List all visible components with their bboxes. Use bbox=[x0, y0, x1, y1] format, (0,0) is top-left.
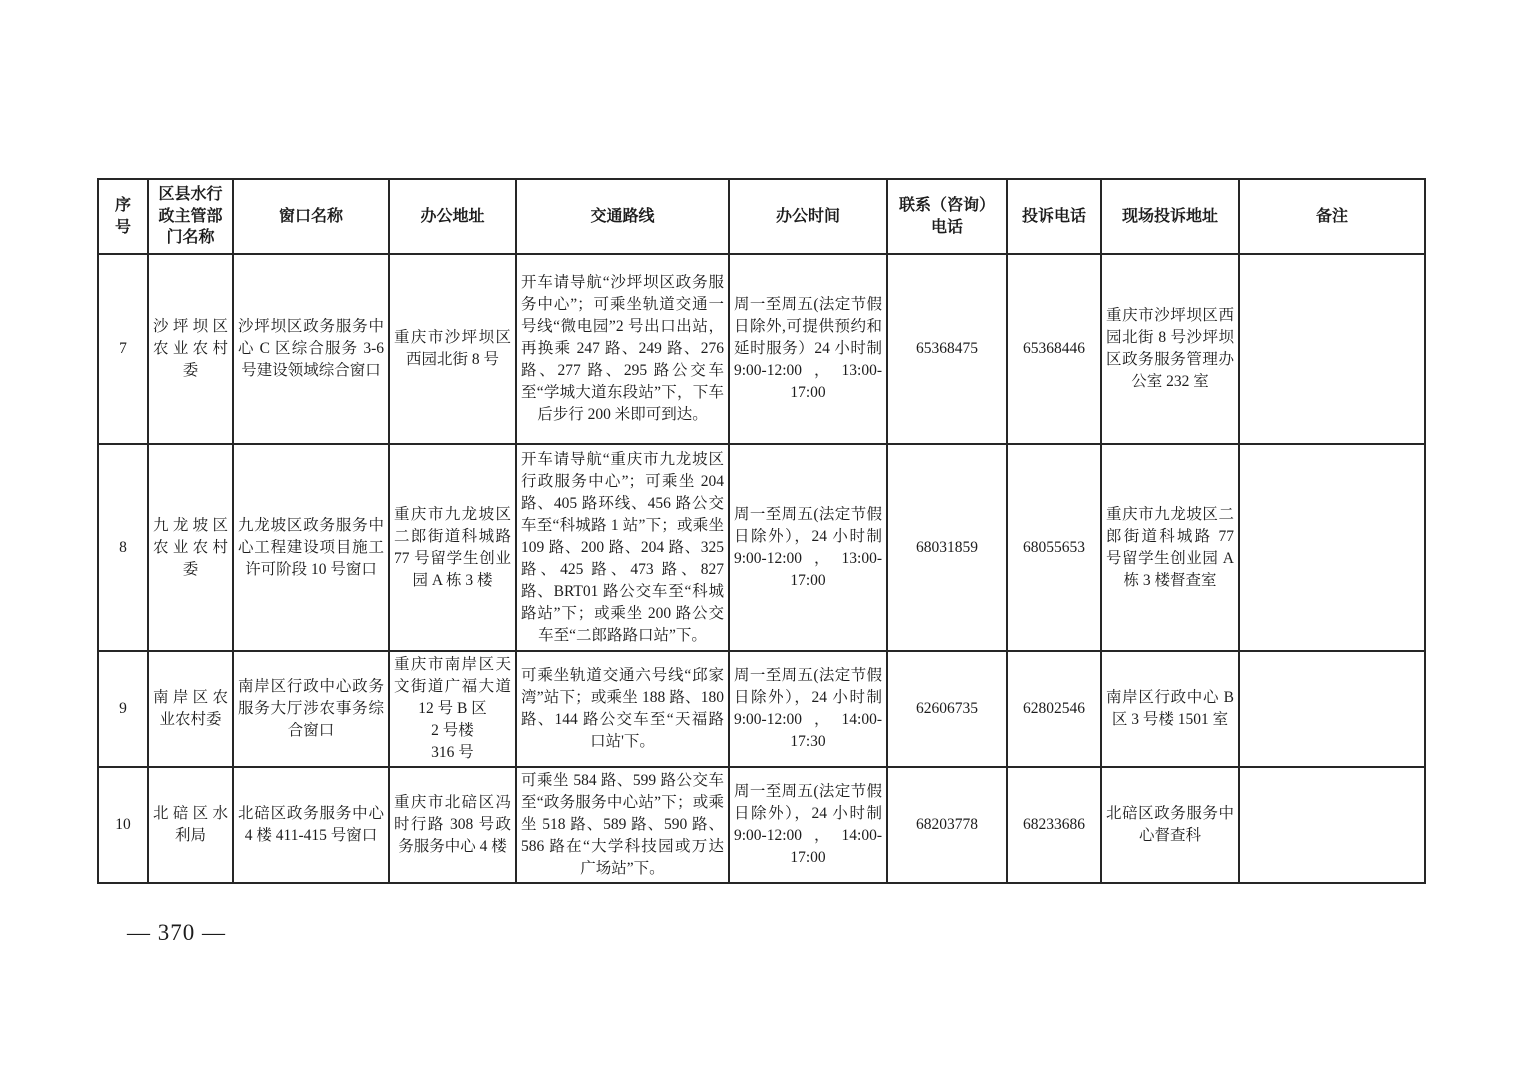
header-window-name: 窗口名称 bbox=[233, 179, 389, 254]
header-seq: 序 号 bbox=[98, 179, 148, 254]
table-row: 8 九龙坡区农业农村委 九龙坡区政务服务中心工程建设项目施工许可阶段 10 号窗… bbox=[98, 444, 1425, 651]
cell-window-name: 沙坪坝区政务服务中心 C 区综合服务 3-6 号建设领域综合窗口 bbox=[233, 254, 389, 444]
header-traffic-route: 交通路线 bbox=[516, 179, 729, 254]
cell-traffic-route: 可乘坐轨道交通六号线“邱家湾”站下；或乘坐 188 路、180 路、144 路公… bbox=[516, 651, 729, 767]
page-number: — 370 — bbox=[127, 920, 226, 946]
cell-complaint-address: 北碚区政务服务中心督查科 bbox=[1101, 767, 1239, 883]
cell-window-name: 南岸区行政中心政务服务大厅涉农事务综合窗口 bbox=[233, 651, 389, 767]
cell-remark bbox=[1239, 767, 1425, 883]
cell-remark bbox=[1239, 651, 1425, 767]
cell-department: 九龙坡区农业农村委 bbox=[148, 444, 233, 651]
cell-office-address: 重庆市九龙坡区二郎街道科城路 77 号留学生创业园 A 栋 3 楼 bbox=[389, 444, 516, 651]
cell-seq: 10 bbox=[98, 767, 148, 883]
table-row: 9 南岸区农业农村委 南岸区行政中心政务服务大厅涉农事务综合窗口 重庆市南岸区天… bbox=[98, 651, 1425, 767]
cell-contact-phone: 65368475 bbox=[887, 254, 1007, 444]
cell-contact-phone: 68203778 bbox=[887, 767, 1007, 883]
table-header-row: 序 号 区县水行政主管部门名称 窗口名称 办公地址 交通路线 办公时间 联系（咨… bbox=[98, 179, 1425, 254]
cell-complaint-phone: 68233686 bbox=[1007, 767, 1101, 883]
cell-seq: 9 bbox=[98, 651, 148, 767]
cell-seq: 7 bbox=[98, 254, 148, 444]
header-complaint-address: 现场投诉地址 bbox=[1101, 179, 1239, 254]
service-window-table: 序 号 区县水行政主管部门名称 窗口名称 办公地址 交通路线 办公时间 联系（咨… bbox=[97, 178, 1426, 884]
cell-complaint-phone: 68055653 bbox=[1007, 444, 1101, 651]
cell-office-hours: 周一至周五(法定节假日除外），24 小时制 9:00-12:00，14:00-1… bbox=[729, 767, 887, 883]
cell-traffic-route: 可乘坐 584 路、599 路公交车至“政务服务中心站”下；或乘坐 518 路、… bbox=[516, 767, 729, 883]
cell-complaint-address: 重庆市沙坪坝区西园北街 8 号沙坪坝区政务服务管理办公室 232 室 bbox=[1101, 254, 1239, 444]
cell-seq: 8 bbox=[98, 444, 148, 651]
header-office-hours: 办公时间 bbox=[729, 179, 887, 254]
cell-remark bbox=[1239, 254, 1425, 444]
header-complaint-phone: 投诉电话 bbox=[1007, 179, 1101, 254]
header-department: 区县水行政主管部门名称 bbox=[148, 179, 233, 254]
cell-window-name: 九龙坡区政务服务中心工程建设项目施工许可阶段 10 号窗口 bbox=[233, 444, 389, 651]
cell-department: 沙坪坝区农业农村委 bbox=[148, 254, 233, 444]
cell-complaint-phone: 65368446 bbox=[1007, 254, 1101, 444]
cell-traffic-route: 开车请导航“沙坪坝区政务服务中心”；可乘坐轨道交通一号线“微电园”2 号出口出站… bbox=[516, 254, 729, 444]
document-page: { "page": { "page_number": "— 370 —" }, … bbox=[0, 0, 1520, 1073]
cell-complaint-address: 重庆市九龙坡区二郎街道科城路 77 号留学生创业园 A 栋 3 楼督查室 bbox=[1101, 444, 1239, 651]
cell-remark bbox=[1239, 444, 1425, 651]
cell-complaint-phone: 62802546 bbox=[1007, 651, 1101, 767]
cell-office-hours: 周一至周五(法定节假日除外），24 小时制 9:00-12:00，14:00-1… bbox=[729, 651, 887, 767]
cell-office-address: 重庆市沙坪坝区西园北街 8 号 bbox=[389, 254, 516, 444]
cell-office-address: 重庆市北碚区冯时行路 308 号政务服务中心 4 楼 bbox=[389, 767, 516, 883]
table-row: 7 沙坪坝区农业农村委 沙坪坝区政务服务中心 C 区综合服务 3-6 号建设领域… bbox=[98, 254, 1425, 444]
header-contact-phone: 联系（咨询）电话 bbox=[887, 179, 1007, 254]
cell-complaint-address: 南岸区行政中心 B 区 3 号楼 1501 室 bbox=[1101, 651, 1239, 767]
cell-office-hours: 周一至周五(法定节假日除外），24 小时制 9:00-12:00，13:00-1… bbox=[729, 444, 887, 651]
cell-department: 北碚区水利局 bbox=[148, 767, 233, 883]
header-remark: 备注 bbox=[1239, 179, 1425, 254]
cell-office-hours: 周一至周五(法定节假日除外,可提供预约和延时服务）24 小时制 9:00-12:… bbox=[729, 254, 887, 444]
table-row: 10 北碚区水利局 北碚区政务服务中心 4 楼 411-415 号窗口 重庆市北… bbox=[98, 767, 1425, 883]
cell-window-name: 北碚区政务服务中心 4 楼 411-415 号窗口 bbox=[233, 767, 389, 883]
cell-contact-phone: 68031859 bbox=[887, 444, 1007, 651]
cell-office-address: 重庆市南岸区天文街道广福大道 12 号 B 区 2 号楼 316 号 bbox=[389, 651, 516, 767]
header-office-address: 办公地址 bbox=[389, 179, 516, 254]
cell-contact-phone: 62606735 bbox=[887, 651, 1007, 767]
cell-traffic-route: 开车请导航“重庆市九龙坡区行政服务中心”；可乘坐 204 路、405 路环线、4… bbox=[516, 444, 729, 651]
cell-department: 南岸区农业农村委 bbox=[148, 651, 233, 767]
